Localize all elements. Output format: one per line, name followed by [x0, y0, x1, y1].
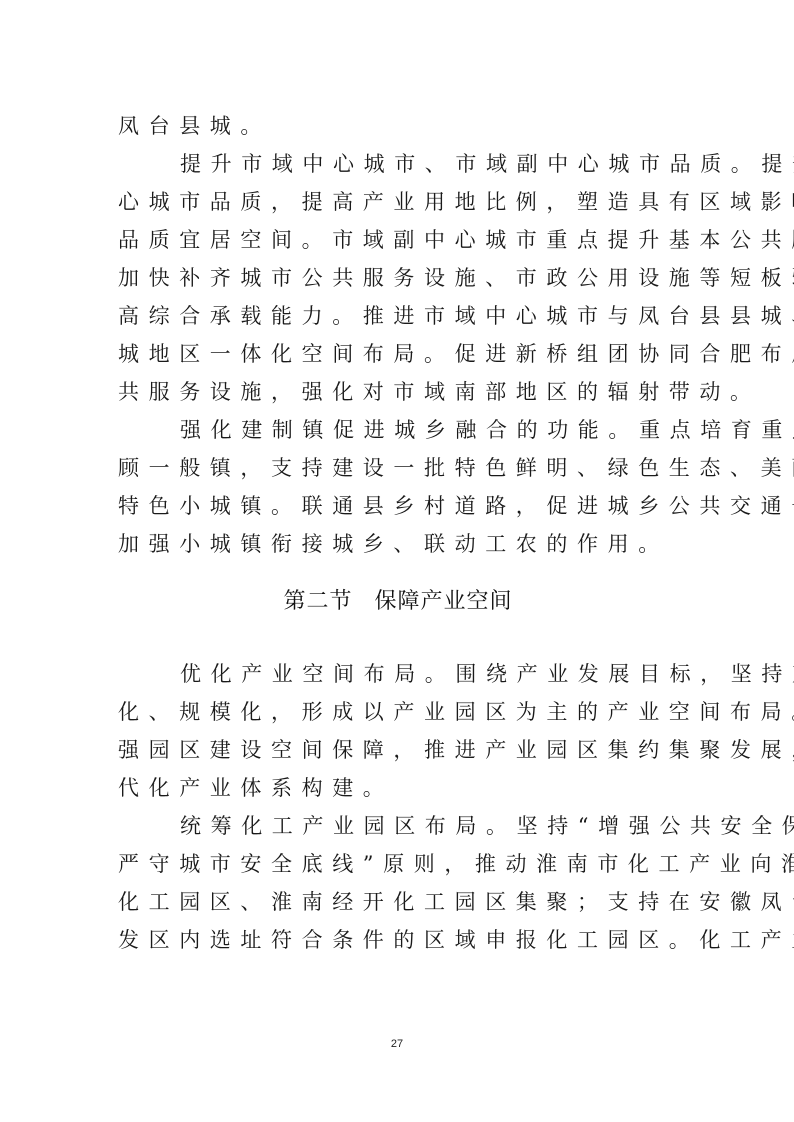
text-line: 严守城市安全底线”原则，推动淮南市化工产业向淮南潘集: [118, 845, 678, 883]
page-number: 27: [0, 1038, 794, 1050]
text-line: 加强小城镇衔接城乡、联动工农的作用。: [118, 525, 678, 563]
paragraph-block-2: 优化产业空间布局。围绕产业发展目标，坚持产业集群 化、规模化，形成以产业园区为主…: [118, 655, 678, 959]
text-line: 城地区一体化空间布局。促进新桥组团协同合肥布局区域公: [118, 335, 678, 373]
text-line: 化、规模化，形成以产业园区为主的产业空间布局。重点加: [118, 693, 678, 731]
section-heading: 第二节保障产业空间: [118, 583, 678, 621]
text-line: 发区内选址符合条件的区域申报化工园区。化工产业园区范: [118, 921, 678, 959]
text-line: 特色小城镇。联通县乡村道路，促进城乡公共交通一体化，: [118, 487, 678, 525]
text-line: 代化产业体系构建。: [118, 769, 678, 807]
text-line: 加快补齐城市公共服务设施、市政公用设施等短板弱项，提: [118, 259, 678, 297]
text-line: 心城市品质，提高产业用地比例，塑造具有区域影响力的高: [118, 183, 678, 221]
text-line: 顾一般镇，支持建设一批特色鲜明、绿色生态、美丽宜居的: [118, 449, 678, 487]
paragraph-start-line: 提升市域中心城市、市域副中心城市品质。提升市域中: [118, 145, 678, 183]
text-line: 凤台县城。: [118, 107, 678, 145]
text-line: 强园区建设空间保障，推进产业园区集约集聚发展，支撑现: [118, 731, 678, 769]
text-line: 共服务设施，强化对市域南部地区的辐射带动。: [118, 373, 678, 411]
text-line: 高综合承载能力。推进市域中心城市与凤台县县城、寿县县: [118, 297, 678, 335]
paragraph-start-line: 强化建制镇促进城乡融合的功能。重点培育重点镇，兼: [118, 411, 678, 449]
document-page: 凤台县城。 提升市域中心城市、市域副中心城市品质。提升市域中 心城市品质，提高产…: [118, 107, 678, 959]
text-line: 品质宜居空间。市域副中心城市重点提升基本公共服务水平，: [118, 221, 678, 259]
paragraph-start-line: 统筹化工产业园区布局。坚持“增强公共安全保障能力，: [118, 807, 678, 845]
paragraph-start-line: 优化产业空间布局。围绕产业发展目标，坚持产业集群: [118, 655, 678, 693]
text-line: 化工园区、淮南经开化工园区集聚；支持在安徽凤台经济开: [118, 883, 678, 921]
paragraph-block-1: 凤台县城。 提升市域中心城市、市域副中心城市品质。提升市域中 心城市品质，提高产…: [118, 107, 678, 563]
section-title: 保障产业空间: [375, 589, 513, 614]
section-number: 第二节: [283, 589, 352, 614]
